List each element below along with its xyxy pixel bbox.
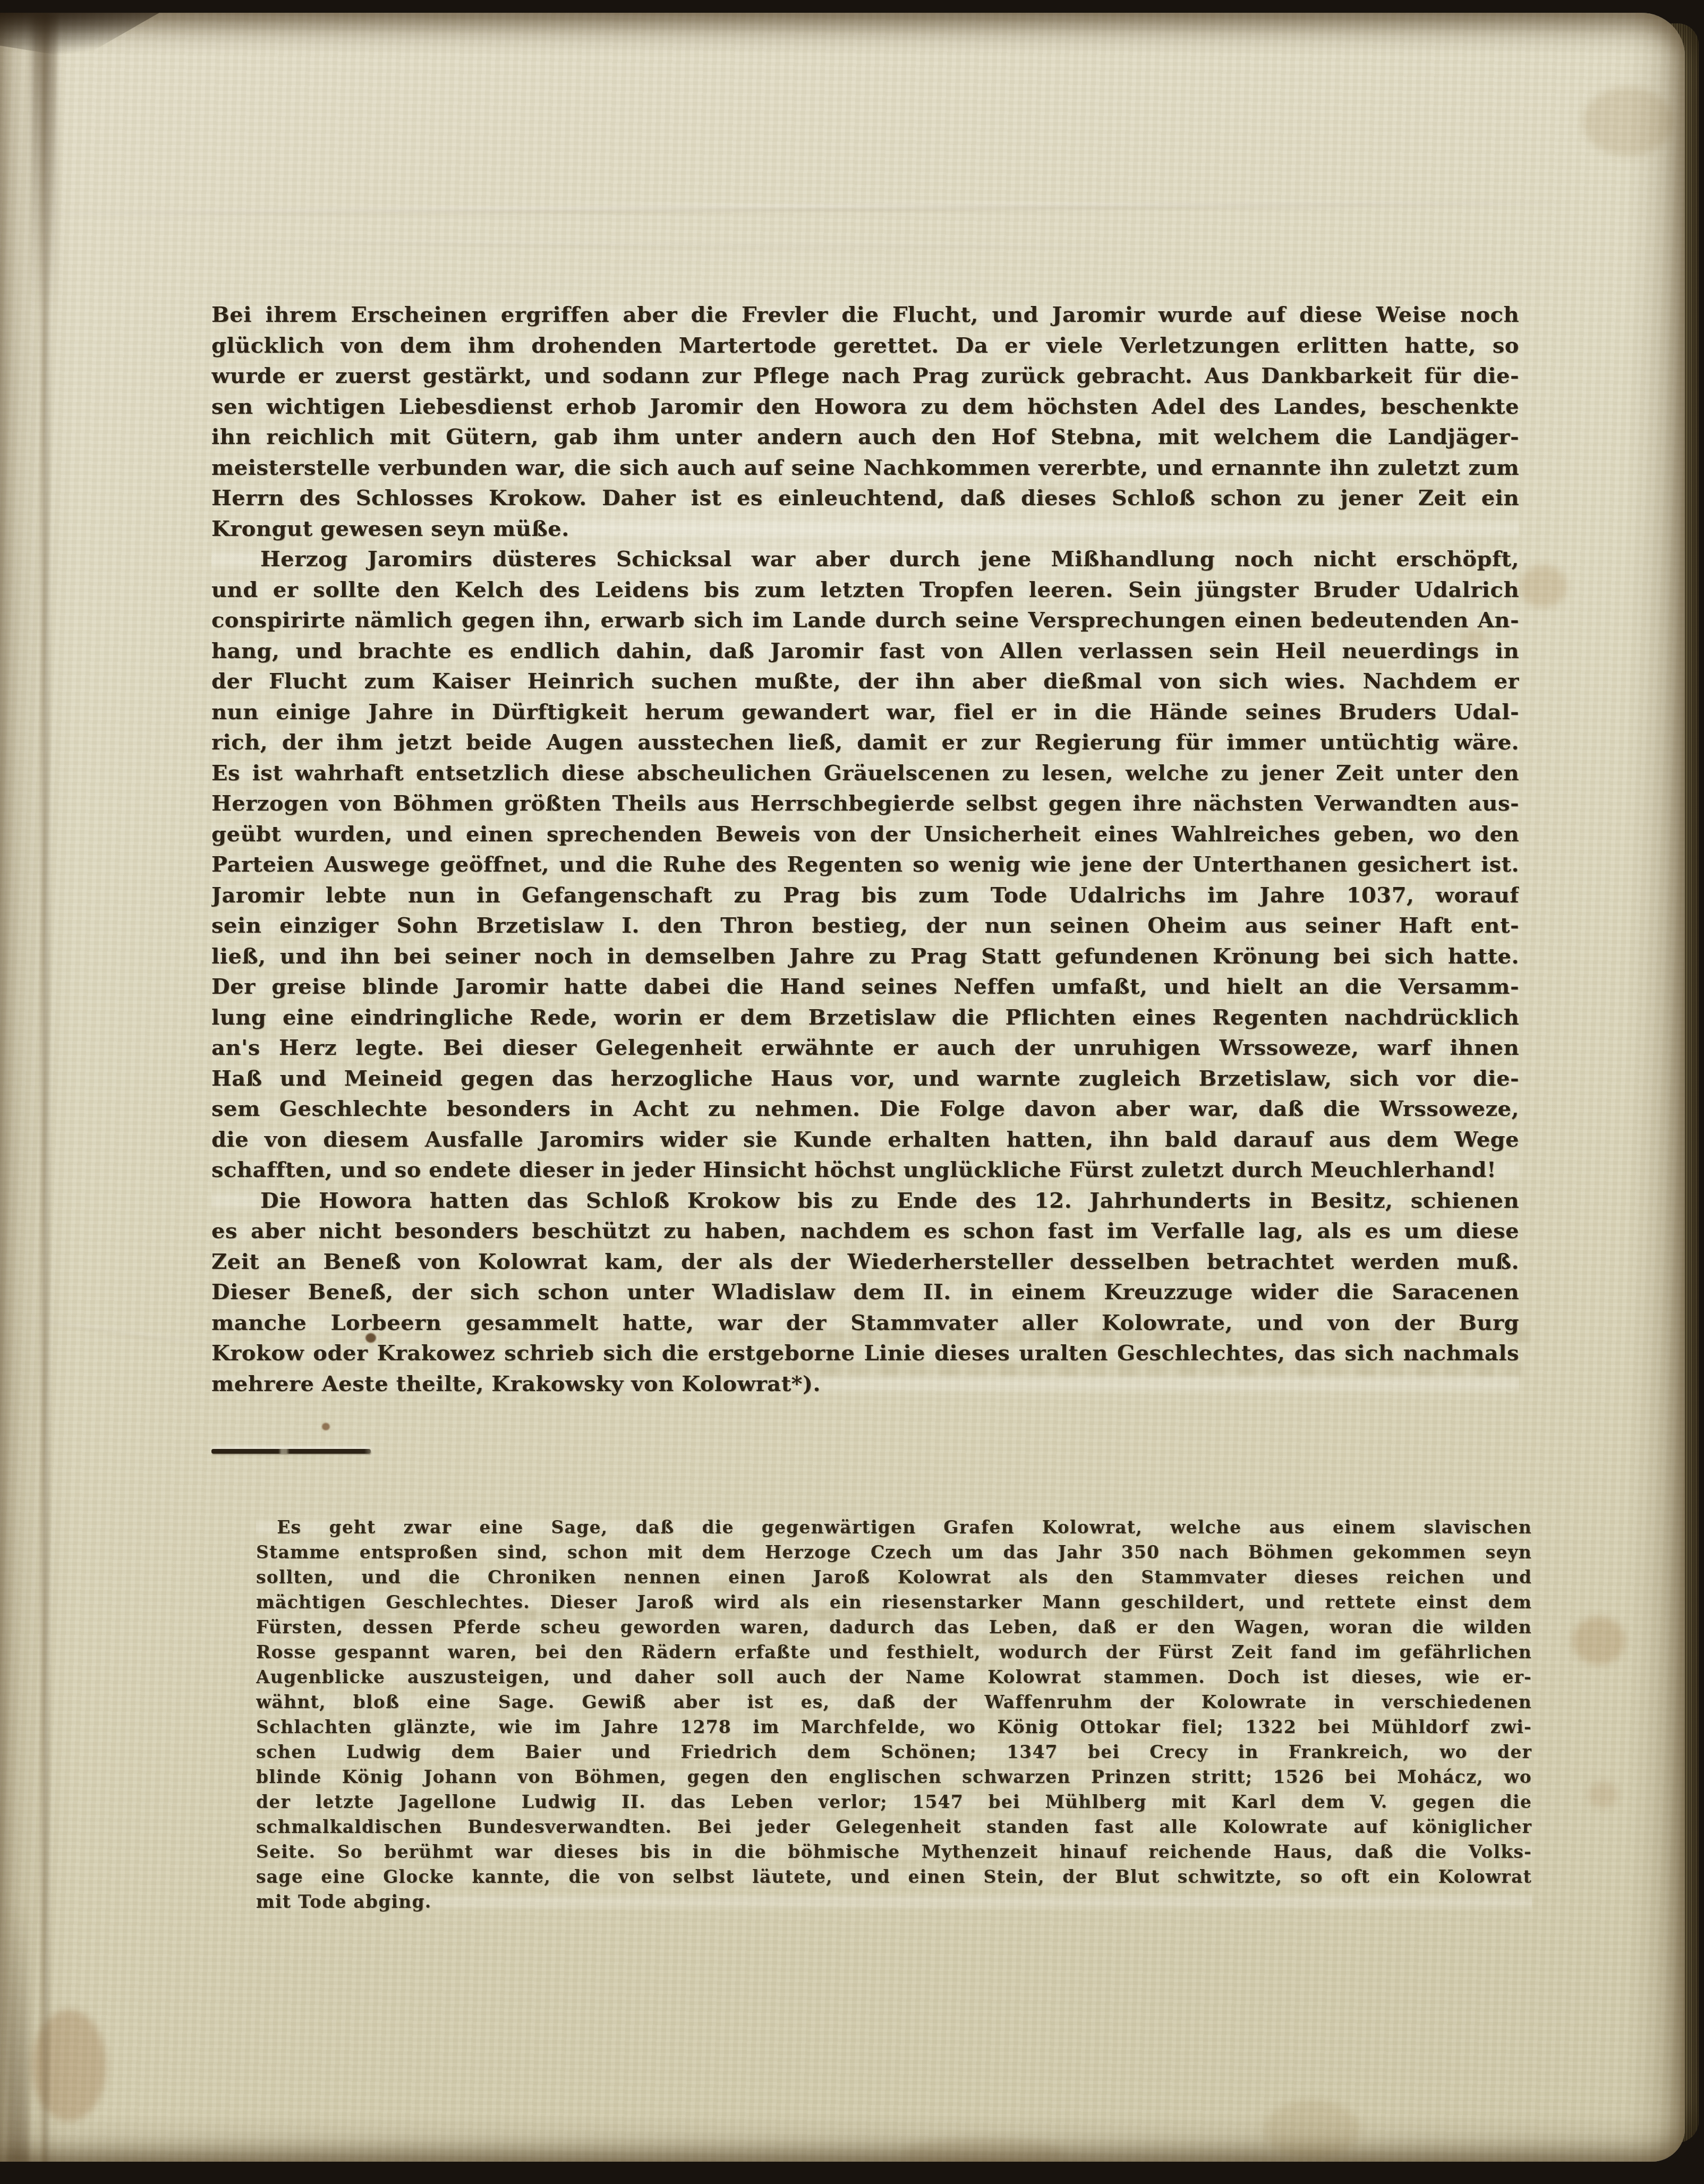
paper-wrinkle <box>42 200 1562 217</box>
text-line: wähnt, bloß eine Sage. Gewiß aber ist es… <box>256 1690 1532 1714</box>
text-line: Haß und Meineid gegen das herzogliche Ha… <box>211 1063 1519 1094</box>
text-line: sage eine Glocke kannte, die von selbst … <box>256 1864 1532 1889</box>
paper-wrinkle <box>223 240 1126 250</box>
text-line: wurde er zuerst gestärkt, und sodann zur… <box>211 361 1519 391</box>
paragraph: Die Howora hatten das Schloß Krokow bis … <box>211 1185 1519 1400</box>
text-line: schmalkaldischen Bundesverwandten. Bei j… <box>256 1814 1532 1839</box>
text-line: meisterstelle verbunden war, die sich au… <box>211 453 1519 483</box>
text-line: Parteien Auswege geöffnet, und die Ruhe … <box>211 849 1519 880</box>
ink-spot <box>365 1333 376 1343</box>
ink-spot <box>322 1423 330 1430</box>
text-line: Fürsten, dessen Pferde scheu geworden wa… <box>256 1615 1532 1640</box>
scan-background: Bei ihrem Erscheinen ergriffen aber die … <box>0 0 1704 2184</box>
text-line: Herzogen von Böhmen größten Theils aus H… <box>211 788 1519 819</box>
stain <box>1461 629 1487 652</box>
stain <box>903 2137 1062 2162</box>
text-line: es aber nicht besonders beschützt zu hab… <box>211 1216 1519 1247</box>
text-line: hang, und brachte es endlich dahin, daß … <box>211 636 1519 667</box>
text-line: schen Ludwig dem Baier und Friedrich dem… <box>256 1739 1532 1764</box>
text-line: mächtigen Geschlechtes. Dieser Jaroß wir… <box>256 1590 1532 1615</box>
text-line: mehrere Aeste theilte, Krakowsky von Kol… <box>211 1369 1519 1400</box>
text-line: der Flucht zum Kaiser Heinrich suchen mu… <box>211 666 1519 697</box>
stain <box>1519 565 1567 608</box>
stain <box>1588 1781 1618 1808</box>
text-line: sollten, und die Chroniken nennen einen … <box>256 1565 1532 1590</box>
stain <box>1264 2100 1360 2159</box>
footnote-block: *) Es geht zwar eine Sage, daß die gegen… <box>256 1515 1532 1914</box>
text-line: Herrn des Schlosses Krokow. Daher ist es… <box>211 483 1519 514</box>
text-line: glücklich von dem ihm drohenden Marterto… <box>211 330 1519 361</box>
text-line: nun einige Jahre in Dürftigkeit herum ge… <box>211 697 1519 728</box>
text-line: an's Herz legte. Bei dieser Gelegenheit … <box>211 1033 1519 1063</box>
text-line: *) Es geht zwar eine Sage, daß die gegen… <box>256 1515 1532 1540</box>
paragraph: Bei ihrem Erscheinen ergriffen aber die … <box>211 300 1519 544</box>
footnote-separator-rule <box>211 1449 371 1454</box>
text-line: blinde König Johann von Böhmen, gegen de… <box>256 1764 1532 1789</box>
page-curl-shadow <box>0 13 159 58</box>
main-text-block: Bei ihrem Erscheinen ergriffen aber die … <box>211 300 1519 1399</box>
text-line: rich, der ihm jetzt beide Augen ausstech… <box>211 727 1519 758</box>
text-line: manche Lorbeern gesammelt hatte, war der… <box>211 1308 1519 1338</box>
text-line: Augenblicke auszusteigen, und daher soll… <box>256 1665 1532 1690</box>
text-line: Krongut gewesen seyn müße. <box>211 514 1519 544</box>
text-line: Seite. So berühmt war dieses bis in die … <box>256 1839 1532 1864</box>
text-line: Rosse gespannt waren, bei den Rädern erf… <box>256 1640 1532 1665</box>
text-line: Der greise blinde Jaromir hatte dabei di… <box>211 971 1519 1002</box>
text-line: sein einziger Sohn Brzetislaw I. den Thr… <box>211 910 1519 941</box>
text-line: ihn reichlich mit Gütern, gab ihm unter … <box>211 422 1519 453</box>
text-line: die von diesem Ausfalle Jaromirs wider s… <box>211 1124 1519 1155</box>
text-line: Zeit an Beneß von Kolowrat kam, der als … <box>211 1247 1519 1277</box>
text-line: ließ, und ihn bei seiner noch in demselb… <box>211 941 1519 972</box>
text-line: Herzog Jaromirs düsteres Schicksal war a… <box>211 544 1519 575</box>
text-line: geübt wurden, und einen sprechenden Bewe… <box>211 819 1519 850</box>
stain <box>1572 1617 1625 1665</box>
text-line: Bei ihrem Erscheinen ergriffen aber die … <box>211 300 1519 330</box>
spine-crease <box>38 13 52 2162</box>
text-line: Es ist wahrhaft entsetzlich diese absche… <box>211 758 1519 789</box>
text-line: sen wichtigen Liebesdienst erhob Jaromir… <box>211 391 1519 422</box>
text-line: Krokow oder Krakowez schrieb sich die er… <box>211 1338 1519 1369</box>
stain <box>1583 87 1673 156</box>
text-line: schafften, und so endete dieser in jeder… <box>211 1155 1519 1185</box>
text-line: conspirirte nämlich gegen ihn, erwarb si… <box>211 605 1519 636</box>
text-line: Schlachten glänzte, wie im Jahre 1278 im… <box>256 1714 1532 1739</box>
paragraph: Herzog Jaromirs düsteres Schicksal war a… <box>211 544 1519 1185</box>
text-line: und er sollte den Kelch des Leidens bis … <box>211 575 1519 605</box>
book-page: Bei ihrem Erscheinen ergriffen aber die … <box>0 13 1685 2162</box>
text-line: der letzte Jagellone Ludwig II. das Lebe… <box>256 1789 1532 1814</box>
text-line: lung eine eindringliche Rede, worin er d… <box>211 1002 1519 1033</box>
text-line: Jaromir lebte nun in Gefangenschaft zu P… <box>211 880 1519 911</box>
corner-crease-shadow <box>7 1904 29 2162</box>
spine-crease-shadow <box>32 13 56 310</box>
text-line: Stamme entsproßen sind, schon mit dem He… <box>256 1540 1532 1565</box>
text-line: Die Howora hatten das Schloß Krokow bis … <box>211 1185 1519 1216</box>
text-line: sem Geschlechte besonders in Acht zu neh… <box>211 1094 1519 1124</box>
text-line: mit Tode abging. <box>256 1889 1532 1914</box>
text-line: Dieser Beneß, der sich schon unter Wladi… <box>211 1277 1519 1308</box>
